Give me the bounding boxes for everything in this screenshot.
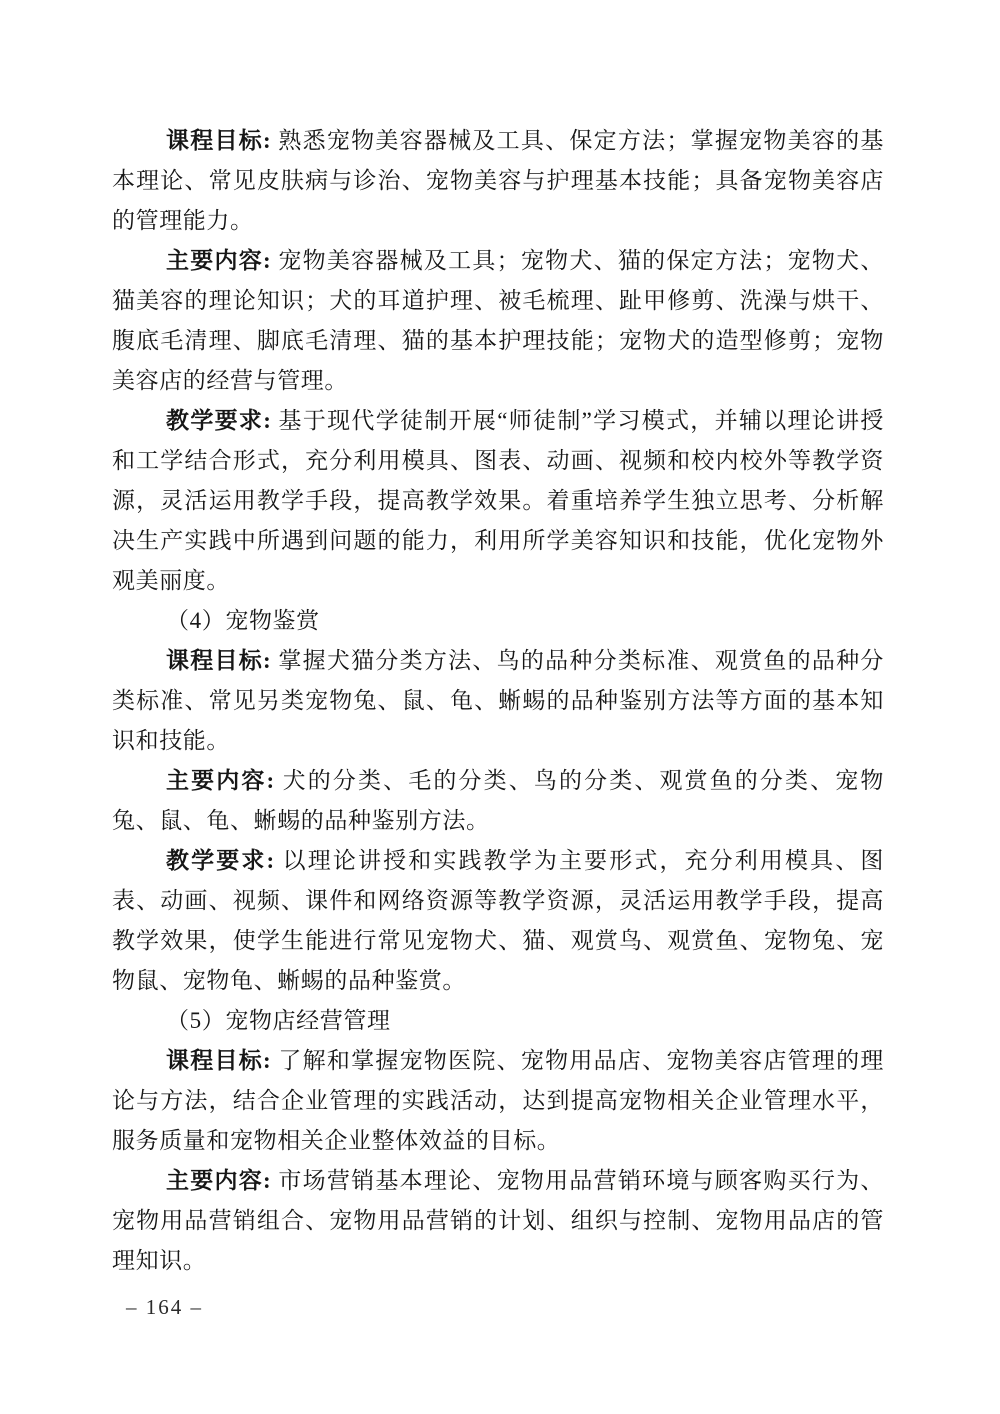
para-teaching-req-pet-appreciation: 教学要求: 以理论讲授和实践教学为主要形式，充分利用模具、图表、动画、视频、课件… (112, 841, 884, 1001)
heading-text: （4）宠物鉴赏 (166, 608, 320, 633)
para-course-goal-pet-shop-management: 课程目标: 了解和掌握宠物医院、宠物用品店、宠物美容店管理的理论与方法，结合企业… (112, 1041, 884, 1161)
paragraph-label: 主要内容: (166, 248, 278, 273)
para-main-content-pet-shop-management: 主要内容: 市场营销基本理论、宠物用品营销环境与顾客购买行为、宠物用品营销组合、… (112, 1161, 884, 1281)
heading-section-4-pet-appreciation: （4）宠物鉴赏 (112, 601, 884, 641)
page-number: – 164 – (126, 1295, 203, 1320)
para-course-goal-pet-appreciation: 课程目标: 掌握犬猫分类方法、鸟的品种分类标准、观赏鱼的品种分类标准、常见另类宠… (112, 641, 884, 761)
heading-section-5-pet-shop-management: （5）宠物店经营管理 (112, 1001, 884, 1041)
paragraph-label: 课程目标: (166, 128, 278, 153)
para-course-goal-pet-grooming: 课程目标: 熟悉宠物美容器械及工具、保定方法；掌握宠物美容的基本理论、常见皮肤病… (112, 121, 884, 241)
paragraph-label: 主要内容: (166, 768, 283, 793)
paragraph-label: 课程目标: (166, 1048, 278, 1073)
paragraph-text: 基于现代学徒制开展“师徒制”学习模式，并辅以理论讲授和工学结合形式，充分利用模具… (112, 408, 884, 593)
heading-text: （5）宠物店经营管理 (166, 1008, 391, 1033)
para-main-content-pet-appreciation: 主要内容: 犬的分类、毛的分类、鸟的分类、观赏鱼的分类、宠物兔、鼠、龟、蜥蜴的品… (112, 761, 884, 841)
paragraph-label: 主要内容: (166, 1168, 278, 1193)
paragraph-label: 课程目标: (166, 648, 278, 673)
para-teaching-req-pet-grooming: 教学要求: 基于现代学徒制开展“师徒制”学习模式，并辅以理论讲授和工学结合形式，… (112, 401, 884, 601)
document-body: 课程目标: 熟悉宠物美容器械及工具、保定方法；掌握宠物美容的基本理论、常见皮肤病… (112, 121, 884, 1281)
paragraph-label: 教学要求: (166, 848, 283, 873)
para-main-content-pet-grooming: 主要内容: 宠物美容器械及工具；宠物犬、猫的保定方法；宠物犬、猫美容的理论知识；… (112, 241, 884, 401)
paragraph-label: 教学要求: (166, 408, 279, 433)
